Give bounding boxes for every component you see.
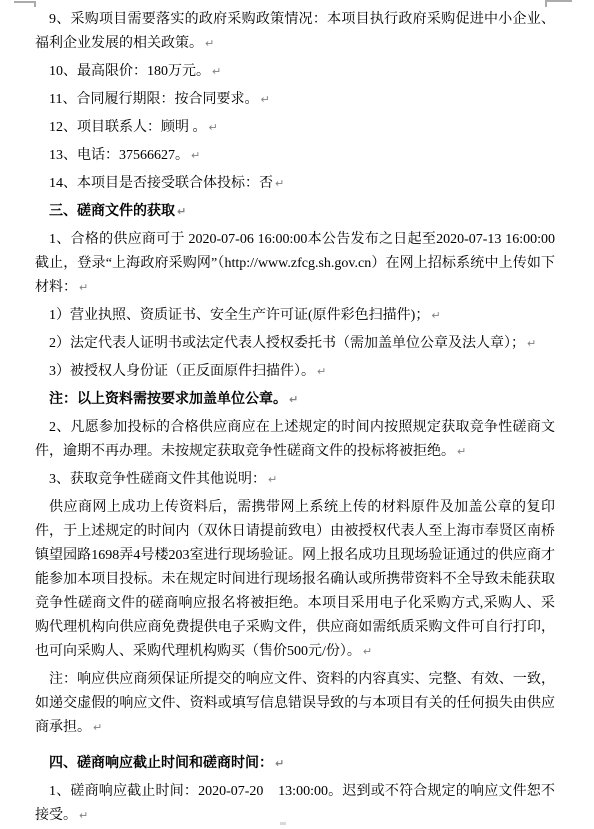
paragraph-contract-term-11: 11、合同履行期限：按合同要求。↵ xyxy=(35,88,555,112)
heading-text: 三、磋商文件的获取 xyxy=(49,204,175,219)
boundary-mark-tick xyxy=(34,1,36,7)
paragraph-mark-icon: ↵ xyxy=(525,337,536,350)
paragraph-text: 10、最高限价：180万元。 xyxy=(49,64,210,79)
paragraph-contact-12: 12、项目联系人：顾明 。↵ xyxy=(35,116,555,140)
paragraph-mark-icon: ↵ xyxy=(77,809,88,822)
paragraph-mark-icon: ↵ xyxy=(210,65,221,78)
paragraph-mark-icon: ↵ xyxy=(77,281,88,294)
paragraph-text: 13、电话：37566627。 xyxy=(49,148,189,163)
paragraph-text: 注：响应供应商须保证所提交的响应文件、资料的内容真实、完整、有效、一致，如递交虚… xyxy=(35,672,555,735)
boundary-mark-tick xyxy=(545,0,547,7)
paragraph-phone-13: 13、电话：37566627。↵ xyxy=(35,144,555,168)
heading-section-4-response-deadline: 四、磋商响应截止时间和磋商时间：↵ xyxy=(35,752,555,776)
heading-section-3-document-acquisition: 三、磋商文件的获取↵ xyxy=(35,200,555,224)
document-page: 9、采购项目需要落实的政府采购政策情况：本项目执行政府采购促进中小企业、福利企业… xyxy=(0,0,594,829)
paragraph-mark-icon: ↵ xyxy=(266,473,277,486)
paragraph-consortium-14: 14、本项目是否接受联合体投标：否↵ xyxy=(35,172,555,196)
paragraph-text: 3）被授权人身份证（正反面原件扫描件）。 xyxy=(49,364,315,379)
paragraph-text: 2）法定代表人证明书或法定代表人授权委托书（需加盖单位公章及法人章）； xyxy=(49,336,525,351)
heading-text: 四、磋商响应截止时间和磋商时间： xyxy=(49,756,273,771)
paragraph-deadline-rule-2: 2、凡愿参加投标的合格供应商应在上述规定的时间内按照规定获取竞争性磋商文件，逾期… xyxy=(35,416,555,464)
paragraph-text: 1、磋商响应截止时间：2020-07-20 13:00:00。迟到或不符合规定的… xyxy=(35,784,555,823)
paragraph-text: 14、本项目是否接受联合体投标：否 xyxy=(49,176,273,191)
paragraph-text: 3、获取竞争性磋商文件其他说明： xyxy=(49,472,266,487)
list-item-legal-rep-certificate: 2）法定代表人证明书或法定代表人授权委托书（需加盖单位公章及法人章）；↵ xyxy=(35,332,555,356)
paragraph-price-limit-10: 10、最高限价：180万元。↵ xyxy=(35,60,555,84)
paragraph-text: 12、项目联系人：顾明 。 xyxy=(49,120,207,135)
note-supplier-responsibility: 注：响应供应商须保证所提交的响应文件、资料的内容真实、完整、有效、一致，如递交虚… xyxy=(35,668,555,740)
paragraph-mark-icon: ↵ xyxy=(189,149,200,162)
note-text: 注：以上资料需按要求加盖单位公章。 xyxy=(49,392,287,407)
paragraph-mark-icon: ↵ xyxy=(361,645,372,658)
paragraph-text: 9、采购项目需要落实的政府采购政策情况：本项目执行政府采购促进中小企业、福利企业… xyxy=(35,12,555,51)
paragraph-mark-icon: ↵ xyxy=(273,757,284,770)
paragraph-mark-icon: ↵ xyxy=(287,393,298,406)
paragraph-text: 1、合格的供应商可于 2020-07-06 16:00:00本公告发布之日起至2… xyxy=(35,232,555,295)
paragraph-text: 1）营业执照、资质证书、安全生产许可证(原件彩色扫描件)； xyxy=(49,308,429,323)
paragraph-upload-requirements-1: 1、合格的供应商可于 2020-07-06 16:00:00本公告发布之日起至2… xyxy=(35,228,555,300)
paragraph-mark-icon: ↵ xyxy=(455,445,466,458)
page-boundary-faint-mark xyxy=(280,822,286,825)
paragraph-onsite-verification: 供应商网上成功上传资料后，需携带网上系统上传的材料原件及加盖公章的复印件，于上述… xyxy=(35,496,555,664)
paragraph-text: 2、凡愿参加投标的合格供应商应在上述规定的时间内按照规定获取竞争性磋商文件，逾期… xyxy=(35,420,555,459)
note-official-seal-requirement: 注：以上资料需按要求加盖单位公章。↵ xyxy=(35,388,555,412)
paragraph-mark-icon: ↵ xyxy=(175,205,186,218)
paragraph-mark-icon: ↵ xyxy=(273,177,284,190)
paragraph-text: 11、合同履行期限：按合同要求。 xyxy=(49,92,258,107)
paragraph-response-deadline-1: 1、磋商响应截止时间：2020-07-20 13:00:00。迟到或不符合规定的… xyxy=(35,780,555,828)
paragraph-other-instructions-3: 3、获取竞争性磋商文件其他说明：↵ xyxy=(35,468,555,492)
paragraph-mark-icon: ↵ xyxy=(429,309,440,322)
paragraph-mark-icon: ↵ xyxy=(315,365,326,378)
boundary-mark-line xyxy=(546,0,572,2)
paragraph-policy-9: 9、采购项目需要落实的政府采购政策情况：本项目执行政府采购促进中小企业、福利企业… xyxy=(35,8,555,56)
paragraph-mark-icon: ↵ xyxy=(203,37,214,50)
paragraph-text: 供应商网上成功上传资料后，需携带网上系统上传的材料原件及加盖公章的复印件，于上述… xyxy=(35,500,555,659)
list-item-id-card: 3）被授权人身份证（正反面原件扫描件）。↵ xyxy=(35,360,555,384)
list-item-business-license: 1）营业执照、资质证书、安全生产许可证(原件彩色扫描件)；↵ xyxy=(35,304,555,328)
paragraph-mark-icon: ↵ xyxy=(207,121,218,134)
paragraph-mark-icon: ↵ xyxy=(258,93,269,106)
boundary-mark-line xyxy=(14,1,36,3)
paragraph-mark-icon: ↵ xyxy=(91,721,102,734)
